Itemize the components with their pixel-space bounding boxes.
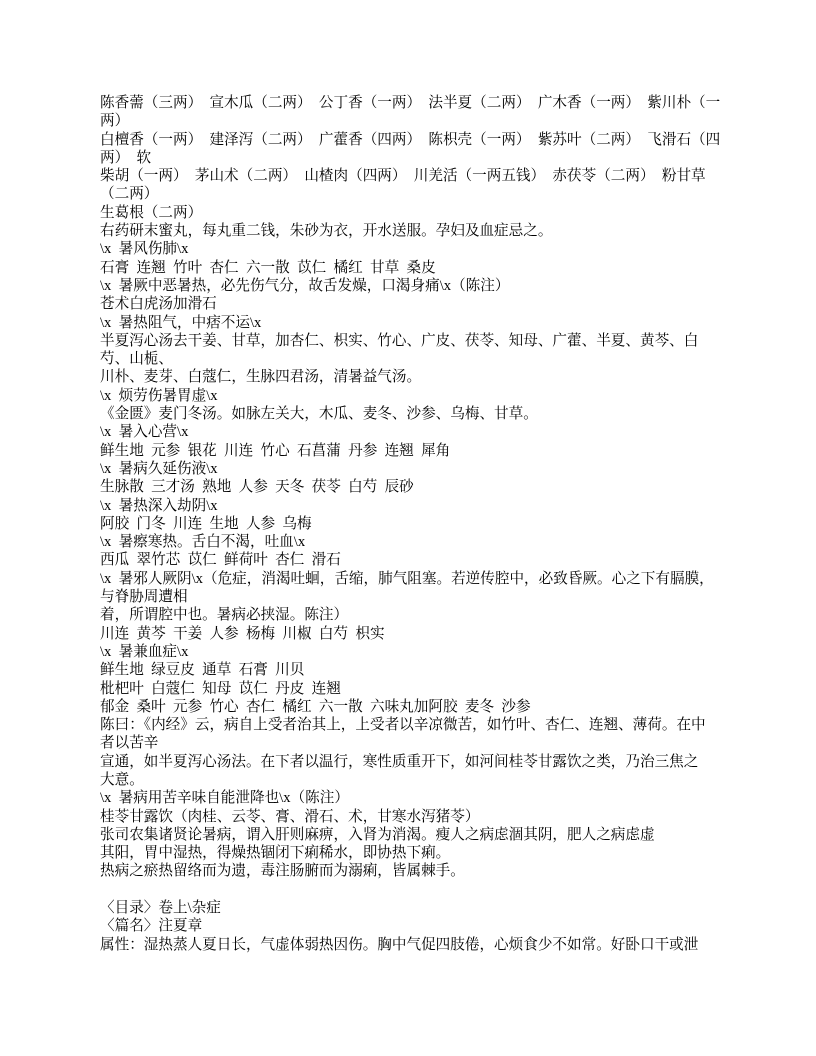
document-text: 陈香薷（三两） 宣木瓜（二两） 公丁香（一两） 法半夏（二两） 广木香（一两） … xyxy=(100,94,740,954)
text-line: 桂苓甘露饮（肉桂、云苓、膏、滑石、术，甘寒水泻猪苓） xyxy=(100,808,740,826)
text-line: \x 暑厥中恶暑热，必先伤气分，故舌发燥，口渴身痛\x（陈注） xyxy=(100,277,740,295)
text-line: \x 暑热深入劫阴\x xyxy=(100,497,740,515)
text-line: \x 暑邪人厥阴\x（危症，消渴吐蛔，舌缩，肺气阻塞。若逆传腔中，必致昏厥。心之… xyxy=(100,570,740,588)
text-line: 者以苦辛 xyxy=(100,734,740,752)
text-line: 着，所谓腔中也。暑病必挟湿。陈注） xyxy=(100,606,740,624)
text-line: \x 暑热阻气，中痞不运\x xyxy=(100,314,740,332)
text-line: \x 暑兼血症\x xyxy=(100,643,740,661)
text-line: 鲜生地 绿豆皮 通草 石膏 川贝 xyxy=(100,661,740,679)
text-line: \x 暑入心营\x xyxy=(100,423,740,441)
text-line: \x 暑瘵寒热。舌白不渴，吐血\x xyxy=(100,533,740,551)
text-line: \x 暑风伤肺\x xyxy=(100,240,740,258)
text-line: \x 暑病久延伤液\x xyxy=(100,460,740,478)
text-line: 阿胶 门冬 川连 生地 人参 乌梅 xyxy=(100,515,740,533)
text-line: 属性：湿热蒸人夏日长，气虚体弱热因伤。胸中气促四肢倦，心烦食少不如常。好卧口干或… xyxy=(100,936,740,954)
text-line: 张司农集诸贤论暑病，谓入肝则麻痹，入肾为消渴。瘦人之病虑涸其阴，肥人之病虑虚 xyxy=(100,826,740,844)
text-line: 郁金 桑叶 元参 竹心 杏仁 橘红 六一散 六味丸加阿胶 麦冬 沙参 xyxy=(100,698,740,716)
text-line: 川朴、麦芽、白蔻仁，生脉四君汤，清暑益气汤。 xyxy=(100,368,740,386)
text-line: 与脊胁周遭相 xyxy=(100,588,740,606)
text-line: 〈目录〉卷上\杂症 xyxy=(100,899,740,917)
text-line: 川连 黄芩 干姜 人参 杨梅 川椒 白芍 枳实 xyxy=(100,625,740,643)
text-line: 热病之瘀热留络而为遗，毒注肠腑而为溺痢，皆属棘手。 xyxy=(100,862,740,880)
text-line: 柴胡（一两） 茅山术（二两） 山楂肉（四两） 川羌活（一两五钱） 赤茯苓（二两）… xyxy=(100,167,740,185)
text-line: 陈曰：《内经》云，病自上受者治其上，上受者以辛凉微苦，如竹叶、杏仁、连翘、薄荷。… xyxy=(100,716,740,734)
document-page: 陈香薷（三两） 宣木瓜（二两） 公丁香（一两） 法半夏（二两） 广木香（一两） … xyxy=(0,0,816,1056)
text-line: 生脉散 三才汤 熟地 人参 天冬 茯苓 白芍 辰砂 xyxy=(100,478,740,496)
text-line: 苍术白虎汤加滑石 xyxy=(100,295,740,313)
text-line: 芍、山栀、 xyxy=(100,350,740,368)
text-line: 石膏 连翘 竹叶 杏仁 六一散 苡仁 橘红 甘草 桑皮 xyxy=(100,259,740,277)
text-line: 生葛根（二两） xyxy=(100,204,740,222)
text-line: \x 暑病用苦辛味自能泄降也\x（陈注） xyxy=(100,789,740,807)
text-line: 两） xyxy=(100,112,740,130)
text-line: \x 烦劳伤暑胃虚\x xyxy=(100,387,740,405)
text-line: 两） 软 xyxy=(100,149,740,167)
text-line: 鲜生地 元参 银花 川连 竹心 石菖蒲 丹参 连翘 犀角 xyxy=(100,442,740,460)
text-line: 大意。 xyxy=(100,771,740,789)
text-line: 西瓜 翠竹芯 苡仁 鲜荷叶 杏仁 滑石 xyxy=(100,551,740,569)
text-line: 陈香薷（三两） 宣木瓜（二两） 公丁香（一两） 法半夏（二两） 广木香（一两） … xyxy=(100,94,740,112)
text-line: 白檀香（一两） 建泽泻（二两） 广藿香（四两） 陈枳壳（一两） 紫苏叶（二两） … xyxy=(100,131,740,149)
text-line: 〈篇名〉注夏章 xyxy=(100,917,740,935)
text-line: 右药研末蜜丸，每丸重二钱，朱砂为衣，开水送服。孕妇及血症忌之。 xyxy=(100,222,740,240)
text-line: 宣通，如半夏泻心汤法。在下者以温行，寒性质重开下，如河间桂苓甘露饮之类，乃治三焦… xyxy=(100,753,740,771)
text-line: 其阳，胃中湿热，得燥热锢闭下痢稀水，即协热下痢。 xyxy=(100,844,740,862)
text-line: 半夏泻心汤去干姜、甘草，加杏仁、枳实、竹心、广皮、茯苓、知母、广藿、半夏、黄芩、… xyxy=(100,332,740,350)
text-line: 《金匮》麦门冬汤。如脉左关大，木瓜、麦冬、沙参、乌梅、甘草。 xyxy=(100,405,740,423)
text-line: （二两） xyxy=(100,185,740,203)
text-line: 枇杷叶 白蔻仁 知母 苡仁 丹皮 连翘 xyxy=(100,680,740,698)
text-line xyxy=(100,881,740,899)
